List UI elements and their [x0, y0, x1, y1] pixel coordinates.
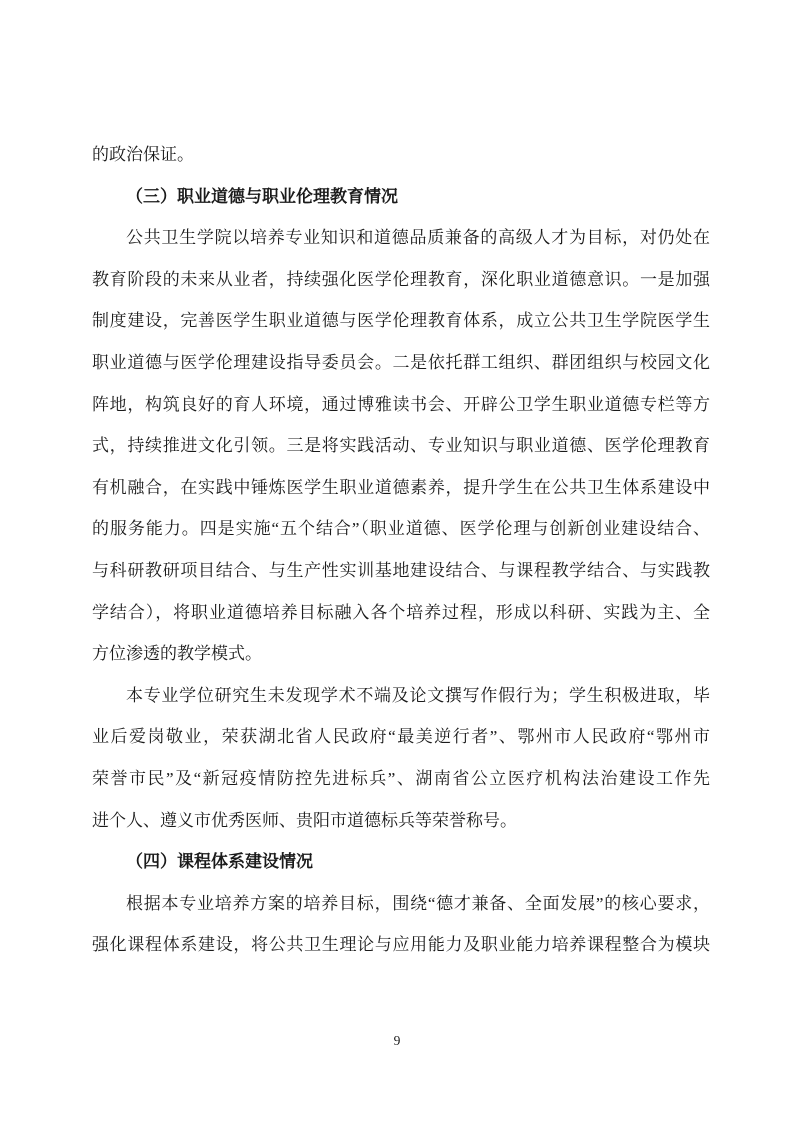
- section-heading: （三）职业道德与职业伦理教育情况: [92, 176, 710, 218]
- text-line: 学结合），将职业道德培养目标融入各个培养过程，形成以科研、实践为主、全: [92, 592, 710, 634]
- text-line: 强化课程体系建设，将公共卫生理论与应用能力及职业能力培养课程整合为模块: [92, 924, 710, 966]
- text-line: 式，持续推进文化引领。三是将实践活动、专业知识与职业道德、医学伦理教育: [92, 425, 710, 467]
- text-line: 本专业学位研究生未发现学术不端及论文撰写作假行为；学生积极进取，毕: [92, 675, 710, 717]
- document-body: 的政治保证。（三）职业道德与职业伦理教育情况公共卫生学院以培养专业知识和道德品质…: [92, 134, 710, 966]
- text-line: 的政治保证。: [92, 134, 710, 176]
- text-line: 的服务能力。四是实施“五个结合”（职业道德、医学伦理与创新创业建设结合、: [92, 508, 710, 550]
- text-line: 阵地，构筑良好的育人环境，通过博雅读书会、开辟公卫学生职业道德专栏等方: [92, 384, 710, 426]
- text-line: 业后爱岗敬业，荣获湖北省人民政府“最美逆行者”、鄂州市人民政府“鄂州市: [92, 716, 710, 758]
- text-line: 职业道德与医学伦理建设指导委员会。二是依托群工组织、群团组织与校园文化: [92, 342, 710, 384]
- text-line: 有机融合，在实践中锤炼医学生职业道德素养，提升学生在公共卫生体系建设中: [92, 467, 710, 509]
- text-line: 根据本专业培养方案的培养目标，围绕“德才兼备、全面发展”的核心要求，: [92, 883, 710, 925]
- text-line: 教育阶段的未来从业者，持续强化医学伦理教育，深化职业道德意识。一是加强: [92, 259, 710, 301]
- text-line: 公共卫生学院以培养专业知识和道德品质兼备的高级人才为目标，对仍处在: [92, 217, 710, 259]
- text-line: 进个人、遵义市优秀医师、贵阳市道德标兵等荣誉称号。: [92, 800, 710, 842]
- section-heading: （四）课程体系建设情况: [92, 841, 710, 883]
- text-line: 制度建设，完善医学生职业道德与医学伦理教育体系，成立公共卫生学院医学生: [92, 300, 710, 342]
- page-number: 9: [0, 1033, 794, 1049]
- document-page: 的政治保证。（三）职业道德与职业伦理教育情况公共卫生学院以培养专业知识和道德品质…: [0, 0, 794, 1123]
- text-line: 与科研教研项目结合、与生产性实训基地建设结合、与课程教学结合、与实践教: [92, 550, 710, 592]
- text-line: 荣誉市民”及“新冠疫情防控先进标兵”、湖南省公立医疗机构法治建设工作先: [92, 758, 710, 800]
- text-line: 方位渗透的教学模式。: [92, 633, 710, 675]
